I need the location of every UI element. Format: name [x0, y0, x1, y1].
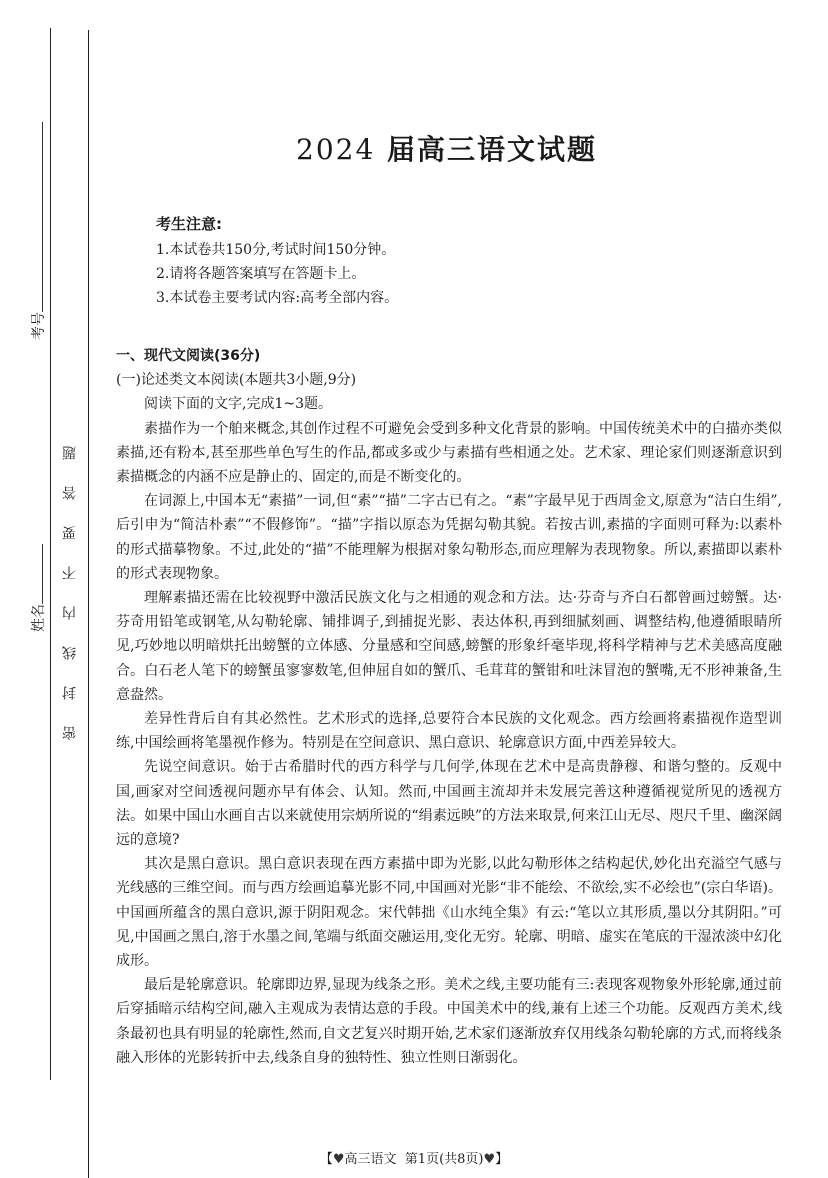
binding-line-inner: [88, 30, 89, 1178]
paragraph: 素描作为一个舶来概念,其创作过程不可避免会受到多种文化背景的影响。中国传统美术中…: [116, 417, 782, 490]
page-title: 2024 届高三语文试题: [296, 128, 597, 168]
notice-heading: 考生注意:: [156, 212, 398, 236]
seal-line-notice: 密封线内不要答题: [60, 420, 80, 740]
instruction: 阅读下面的文字,完成1~3题。: [116, 392, 782, 416]
name-label: 姓名: [31, 604, 47, 632]
paragraph: 理解素描还需在比较视野中激活民族文化与之相通的观念和方法。达·芬奇与齐白石都曾画…: [116, 586, 782, 707]
binding-line-outer: [50, 28, 51, 1080]
paragraph: 差异性背后自有其必然性。艺术形式的选择,总要符合本民族的文化观念。西方绘画将素描…: [116, 707, 782, 755]
exam-notice: 考生注意: 1.本试卷共150分,考试时间150分钟。 2.请将各题答案填写在答…: [156, 212, 398, 310]
paragraph: 先说空间意识。始于古希腊时代的西方科学与几何学,体现在艺术中是高贵静穆、和谐匀整…: [116, 755, 782, 852]
heart-icon: ♥: [483, 1152, 495, 1167]
title-year: 2024: [296, 133, 375, 166]
footer-left-bracket: 【: [320, 1152, 333, 1167]
name-blank[interactable]: [42, 544, 43, 604]
paragraph: 在词源上,中国本无“素描”一词,但“素”“描”二字古已有之。“素”字最早见于西周…: [116, 489, 782, 586]
page-footer: 【♥高三语文 第1页(共8页)♥】: [0, 1148, 828, 1167]
notice-item: 3.本试卷主要考试内容:高考全部内容。: [156, 286, 398, 310]
footer-right-bracket: 】: [495, 1152, 508, 1167]
footer-page-info: 第1页(共8页): [405, 1152, 484, 1167]
footer-subject: 高三语文: [345, 1152, 397, 1167]
subsection-title: (一)论述类文本阅读(本题共3小题,9分): [116, 368, 782, 392]
name-field[interactable]: 姓名: [28, 544, 48, 632]
section-title: 一、现代文阅读(36分): [116, 344, 782, 368]
paragraph: 其次是黑白意识。黑白意识表现在西方素描中即为光影,以此勾勒形体之结构起伏,妙化出…: [116, 852, 782, 973]
notice-item: 1.本试卷共150分,考试时间150分钟。: [156, 238, 398, 262]
heart-icon: ♥: [333, 1152, 345, 1167]
reading-section: 一、现代文阅读(36分) (一)论述类文本阅读(本题共3小题,9分) 阅读下面的…: [116, 344, 782, 1070]
notice-item: 2.请将各题答案填写在答题卡上。: [156, 262, 398, 286]
exam-number-label: 考号: [31, 312, 47, 340]
exam-number-field[interactable]: 考号: [28, 122, 48, 340]
title-text: 届高三语文试题: [387, 133, 597, 166]
paragraph: 最后是轮廓意识。轮廓即边界,显现为线条之形。美术之线,主要功能有三:表现客观物象…: [116, 973, 782, 1070]
exam-number-blank[interactable]: [42, 122, 43, 312]
